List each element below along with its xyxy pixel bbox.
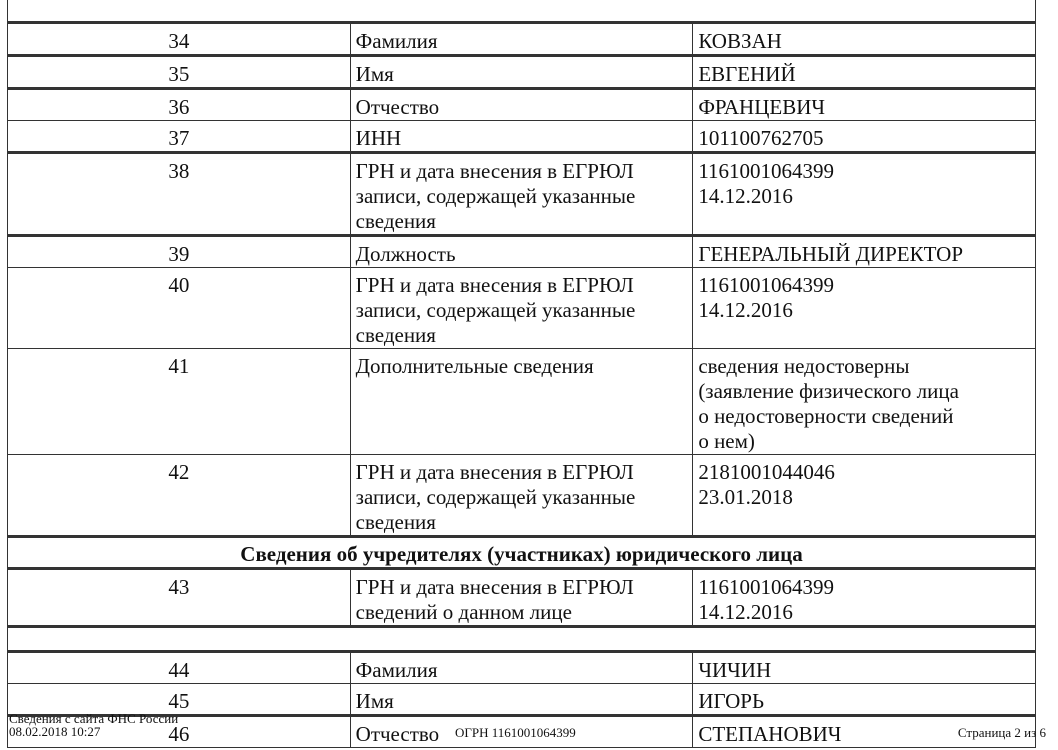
footer-source: Сведения с сайта ФНС России 08.02.2018 1…	[9, 712, 178, 738]
field-label: Должность	[350, 236, 693, 268]
field-value: КОВЗАН	[693, 23, 1036, 56]
field-label: Имя	[350, 684, 693, 716]
field-value: 116100106439914.12.2016	[693, 569, 1036, 627]
field-label: Отчество	[350, 89, 693, 121]
field-value-line: 23.01.2018	[698, 485, 1030, 510]
field-value-line: сведения недостоверны (заявление физичес…	[698, 354, 965, 454]
table-row: 34ФамилияКОВЗАН	[8, 23, 1036, 56]
field-value-line: 1161001064399	[698, 575, 1030, 600]
row-number: 37	[8, 121, 351, 153]
table-row: 38ГРН и дата внесения в ЕГРЮЛ записи, со…	[8, 153, 1036, 236]
table-row: 42ГРН и дата внесения в ЕГРЮЛ записи, со…	[8, 455, 1036, 537]
table-row: 40ГРН и дата внесения в ЕГРЮЛ записи, со…	[8, 268, 1036, 349]
blank-cell	[8, 627, 1036, 652]
blank-cell	[8, 0, 1036, 23]
field-value: 218100104404623.01.2018	[693, 455, 1036, 537]
egrul-table-body: 34ФамилияКОВЗАН35ИмяЕВГЕНИЙ36ОтчествоФРА…	[8, 0, 1036, 748]
field-value-line: 1161001064399	[698, 159, 1030, 184]
field-value-line: КОВЗАН	[698, 29, 1030, 54]
field-value-line: 14.12.2016	[698, 298, 1030, 323]
top-blank-row	[8, 0, 1036, 23]
row-number: 36	[8, 89, 351, 121]
table-row: 44ФамилияЧИЧИН	[8, 652, 1036, 684]
row-number: 42	[8, 455, 351, 537]
field-value: ИГОРЬ	[693, 684, 1036, 716]
field-label: Дополнительные сведения	[350, 349, 693, 455]
field-value: 116100106439914.12.2016	[693, 268, 1036, 349]
field-value-line: ИГОРЬ	[698, 689, 1030, 714]
field-label: ГРН и дата внесения в ЕГРЮЛ сведений о д…	[350, 569, 693, 627]
row-number: 35	[8, 56, 351, 89]
table-row: 35ИмяЕВГЕНИЙ	[8, 56, 1036, 89]
field-label: ИНН	[350, 121, 693, 153]
field-value-line: 101100762705	[698, 126, 1030, 151]
table-row: 36ОтчествоФРАНЦЕВИЧ	[8, 89, 1036, 121]
footer-ogrn: ОГРН 1161001064399	[455, 726, 576, 739]
field-label: ГРН и дата внесения в ЕГРЮЛ записи, соде…	[350, 455, 693, 537]
row-number: 38	[8, 153, 351, 236]
section-title: Сведения об учредителях (участниках) юри…	[8, 537, 1036, 569]
field-value: сведения недостоверны (заявление физичес…	[693, 349, 1036, 455]
field-value-line: 2181001044046	[698, 460, 1030, 485]
footer-page-number: Страница 2 из 6	[958, 726, 1046, 739]
egrul-table: 34ФамилияКОВЗАН35ИмяЕВГЕНИЙ36ОтчествоФРА…	[7, 0, 1036, 748]
field-value-line: ФРАНЦЕВИЧ	[698, 95, 1030, 120]
blank-row	[8, 627, 1036, 652]
field-value: 101100762705	[693, 121, 1036, 153]
row-number: 39	[8, 236, 351, 268]
row-number: 41	[8, 349, 351, 455]
field-value: ФРАНЦЕВИЧ	[693, 89, 1036, 121]
field-value-line: 14.12.2016	[698, 600, 1030, 625]
field-value-line: ЧИЧИН	[698, 658, 1030, 683]
table-row: 37ИНН101100762705	[8, 121, 1036, 153]
table-row: 43ГРН и дата внесения в ЕГРЮЛ сведений о…	[8, 569, 1036, 627]
table-row: 41Дополнительные сведениясведения недост…	[8, 349, 1036, 455]
field-value-line: ГЕНЕРАЛЬНЫЙ ДИРЕКТОР	[698, 242, 1030, 267]
section-header-row: Сведения об учредителях (участниках) юри…	[8, 537, 1036, 569]
row-number: 44	[8, 652, 351, 684]
row-number: 40	[8, 268, 351, 349]
field-value-line: 1161001064399	[698, 273, 1030, 298]
field-value-line: 14.12.2016	[698, 184, 1030, 209]
field-value-line: ЕВГЕНИЙ	[698, 62, 1030, 87]
row-number: 34	[8, 23, 351, 56]
field-label: Имя	[350, 56, 693, 89]
field-label: ГРН и дата внесения в ЕГРЮЛ записи, соде…	[350, 153, 693, 236]
field-value: ГЕНЕРАЛЬНЫЙ ДИРЕКТОР	[693, 236, 1036, 268]
field-label: ГРН и дата внесения в ЕГРЮЛ записи, соде…	[350, 268, 693, 349]
field-label: Фамилия	[350, 652, 693, 684]
field-value: ЧИЧИН	[693, 652, 1036, 684]
row-number: 43	[8, 569, 351, 627]
field-label: Фамилия	[350, 23, 693, 56]
table-row: 39ДолжностьГЕНЕРАЛЬНЫЙ ДИРЕКТОР	[8, 236, 1036, 268]
footer-datetime: 08.02.2018 10:27	[9, 725, 178, 738]
field-value: ЕВГЕНИЙ	[693, 56, 1036, 89]
field-value: 116100106439914.12.2016	[693, 153, 1036, 236]
